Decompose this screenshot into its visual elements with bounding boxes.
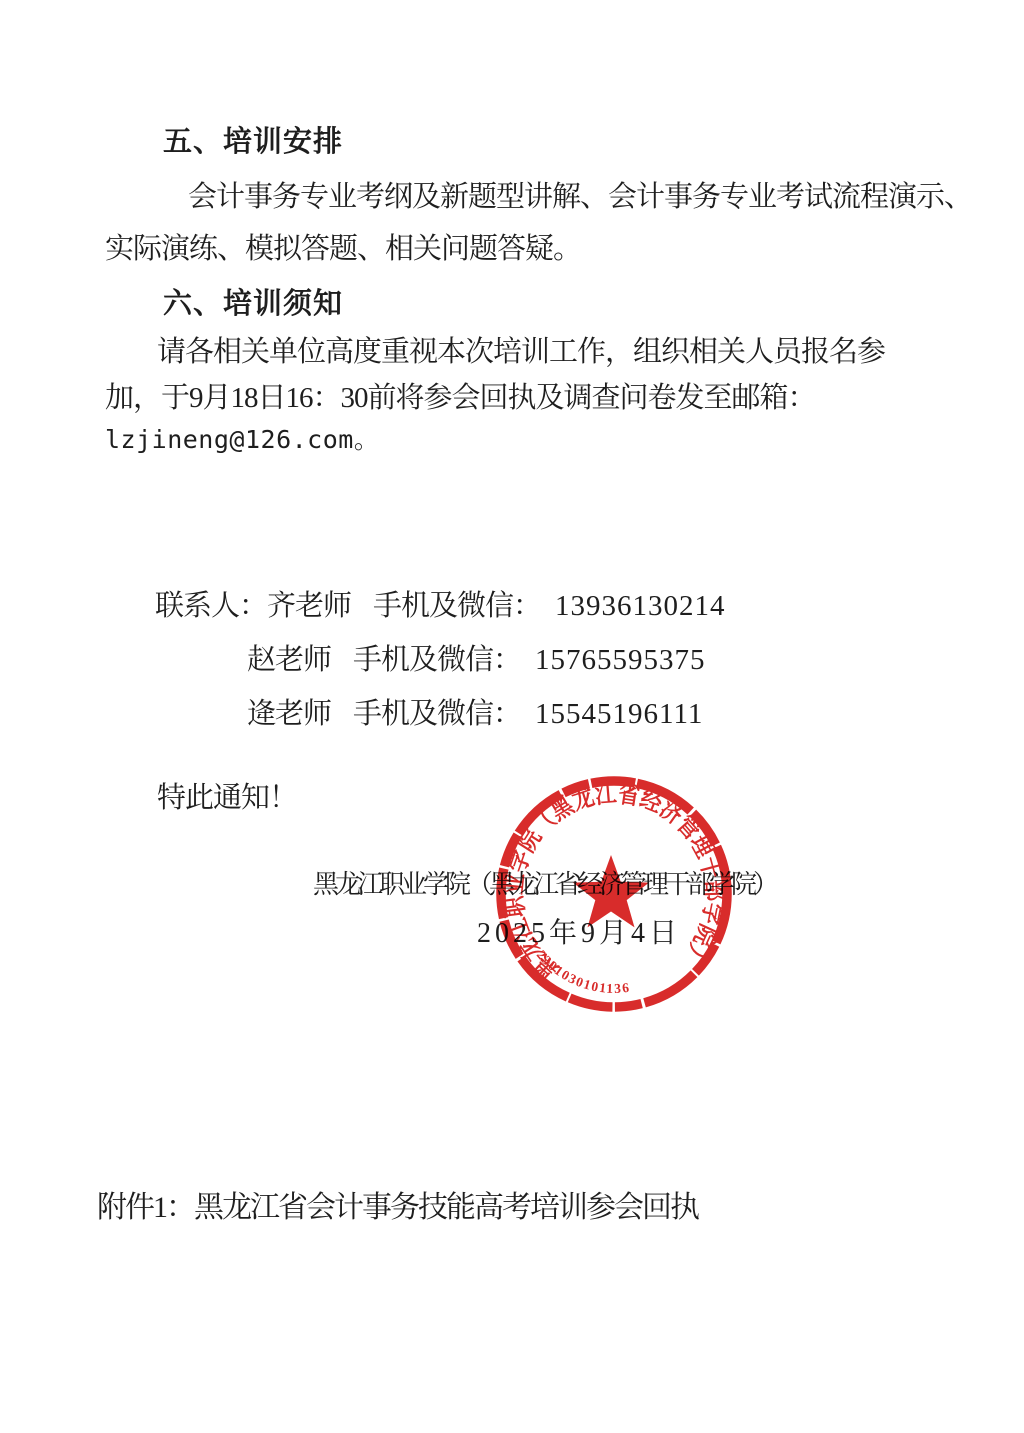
contact-name: 逄老师 — [247, 698, 331, 730]
section-5-paragraph-line-2: 实际演练、模拟答题、相关问题答疑。 — [105, 233, 581, 266]
section-6-paragraph-line-2: 加，于9月18日16：30前将参会回执及调查问卷发至邮箱： — [105, 382, 816, 415]
contact-label: 手机及微信： — [353, 644, 521, 676]
contact-prefix: 联系人： — [155, 590, 267, 622]
contact-name: 赵老师 — [247, 644, 331, 676]
contact-row: 赵老师手机及微信：15765595375 — [247, 637, 706, 678]
contact-row: 联系人：齐老师手机及微信：13936130214 — [155, 583, 726, 624]
notice-document-page: 五、培训安排 会计事务专业考纲及新题型讲解、会计事务专业考试流程演示、 实际演练… — [0, 0, 1024, 1433]
section-5-heading: 五、培训安排 — [163, 126, 343, 159]
contact-name: 齐老师 — [267, 590, 351, 622]
star-icon — [573, 855, 649, 927]
official-seal: 黑龙江职业学院（黑龙江省经济管理干部学院） 2301030101136 — [488, 768, 740, 1020]
contact-phone: 13936130214 — [555, 590, 726, 622]
closing-statement: 特此通知！ — [157, 782, 297, 815]
contact-email: lzjineng@126.com。 — [105, 426, 379, 455]
contact-row: 逄老师手机及微信：15545196111 — [247, 691, 703, 732]
contact-label: 手机及微信： — [353, 698, 521, 730]
section-6-heading: 六、培训须知 — [163, 288, 343, 321]
section-5-paragraph-line-1: 会计事务专业考纲及新题型讲解、会计事务专业考试流程演示、 — [188, 181, 972, 214]
contact-label: 手机及微信： — [373, 590, 541, 622]
attachment-reference: 附件1：黑龙江省会计事务技能高考培训参会回执 — [97, 1191, 698, 1226]
contact-phone: 15545196111 — [535, 698, 703, 730]
section-6-paragraph-line-1: 请各相关单位高度重视本次培训工作，组织相关人员报名参 — [157, 336, 885, 369]
contact-phone: 15765595375 — [535, 644, 706, 676]
